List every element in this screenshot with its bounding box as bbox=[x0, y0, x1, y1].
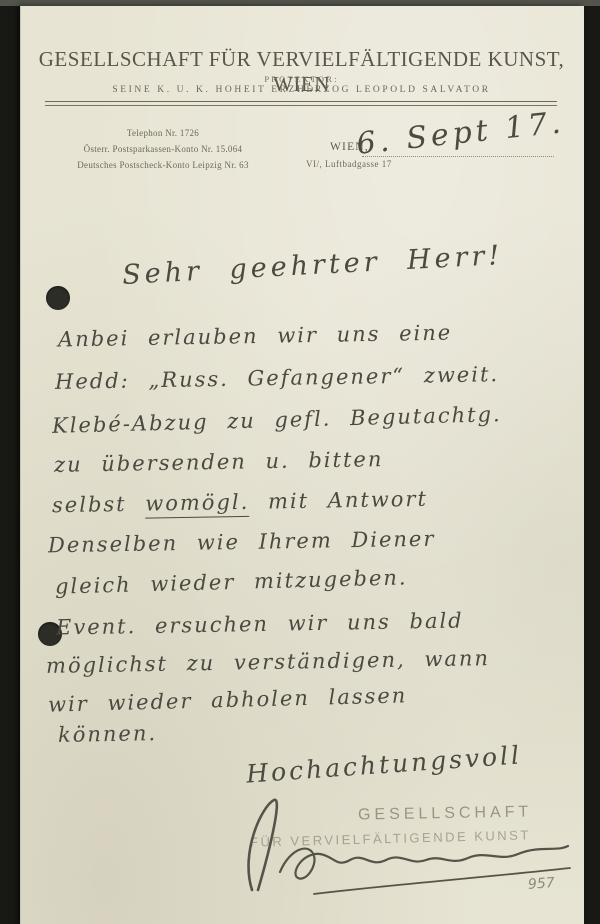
letterhead-protektor-name: SEINE K. U. K. HOHEIT ERZHERZOG LEOPOLD … bbox=[20, 85, 583, 95]
contact-postscheck: Deutsches Postscheck-Konto Leipzig Nr. 6… bbox=[52, 157, 274, 173]
contact-telephone: Telephon Nr. 1726 bbox=[52, 125, 274, 141]
body-line-pre: selbst bbox=[52, 492, 146, 518]
pencil-page-number: 957 bbox=[527, 875, 555, 893]
underlined-word: womögl. bbox=[145, 490, 249, 519]
body-line: können. bbox=[58, 721, 157, 747]
street-address: VI/, Luftbadgasse 17 bbox=[306, 159, 392, 169]
letterhead-contact-block: Telephon Nr. 1726 Österr. Postsparkassen… bbox=[52, 125, 274, 173]
signature-ink bbox=[218, 790, 578, 910]
contact-postsparkassen: Österr. Postsparkassen-Konto Nr. 15.064 bbox=[52, 141, 274, 157]
hole-punch-top bbox=[46, 286, 70, 310]
letterhead-double-rule bbox=[45, 101, 557, 106]
letterhead-protektor-label: PROTEKTOR: bbox=[20, 74, 583, 84]
body-line-post: mit Antwort bbox=[249, 487, 428, 514]
